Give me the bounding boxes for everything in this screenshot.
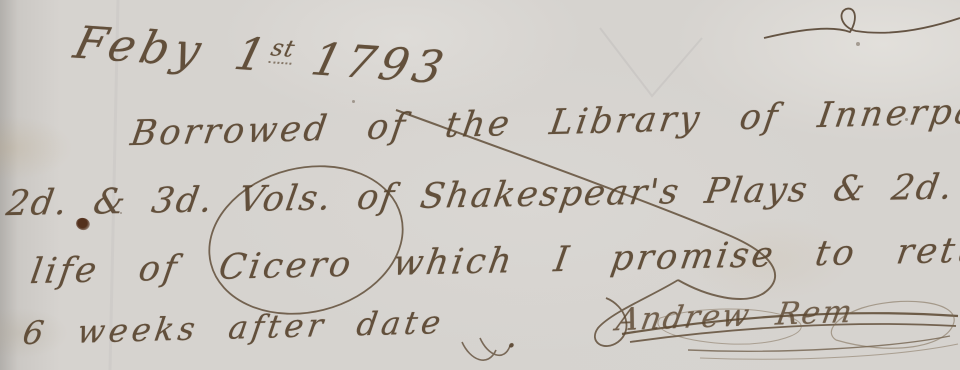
signature-strike-stroke	[700, 344, 958, 359]
closing-period: .	[506, 316, 517, 356]
entry-line-volumes: 2d. & 3d. Vols. of Shakespear's Plays & …	[4, 165, 960, 224]
entry-line-cicero: life of Cicero which I promise to return	[28, 229, 960, 292]
entry-line-borrowed: Borrowed of the Library of Innerpaff	[128, 91, 960, 154]
corner-flourish-stroke	[764, 9, 960, 38]
ink-speck	[352, 100, 355, 103]
date-day: Feby 1	[69, 16, 276, 82]
signature-strike-stroke	[688, 336, 950, 351]
ink-speck	[856, 42, 860, 46]
struck-signature: Andrew Rem	[614, 294, 857, 339]
date-year: 1793	[306, 33, 453, 95]
descender-squiggle-stroke	[462, 338, 510, 360]
paper-crease	[600, 28, 702, 96]
date-line: Feby 1st1793	[69, 16, 454, 94]
entry-line-weeks: 6 weeks after date	[20, 303, 447, 352]
manuscript-page: Feby 1st1793 Borrowed of the Library of …	[0, 0, 960, 370]
